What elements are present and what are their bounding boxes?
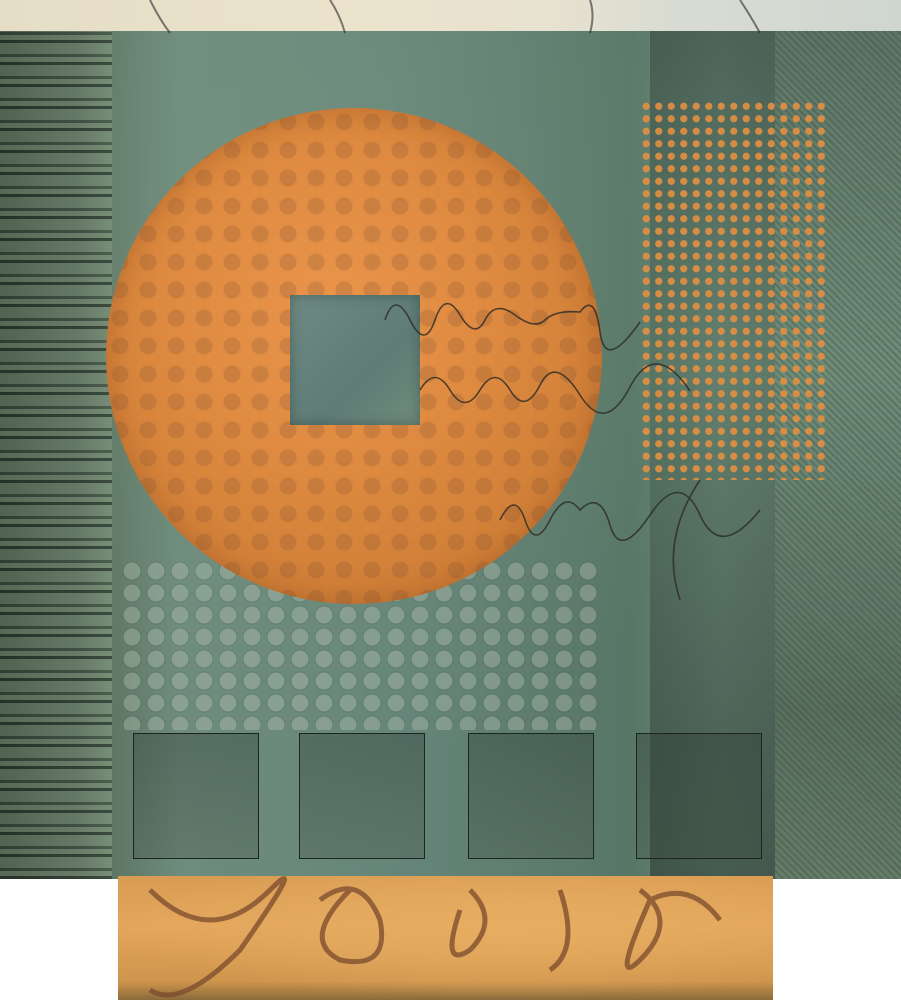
handwriting-scribbles — [0, 0, 901, 1000]
